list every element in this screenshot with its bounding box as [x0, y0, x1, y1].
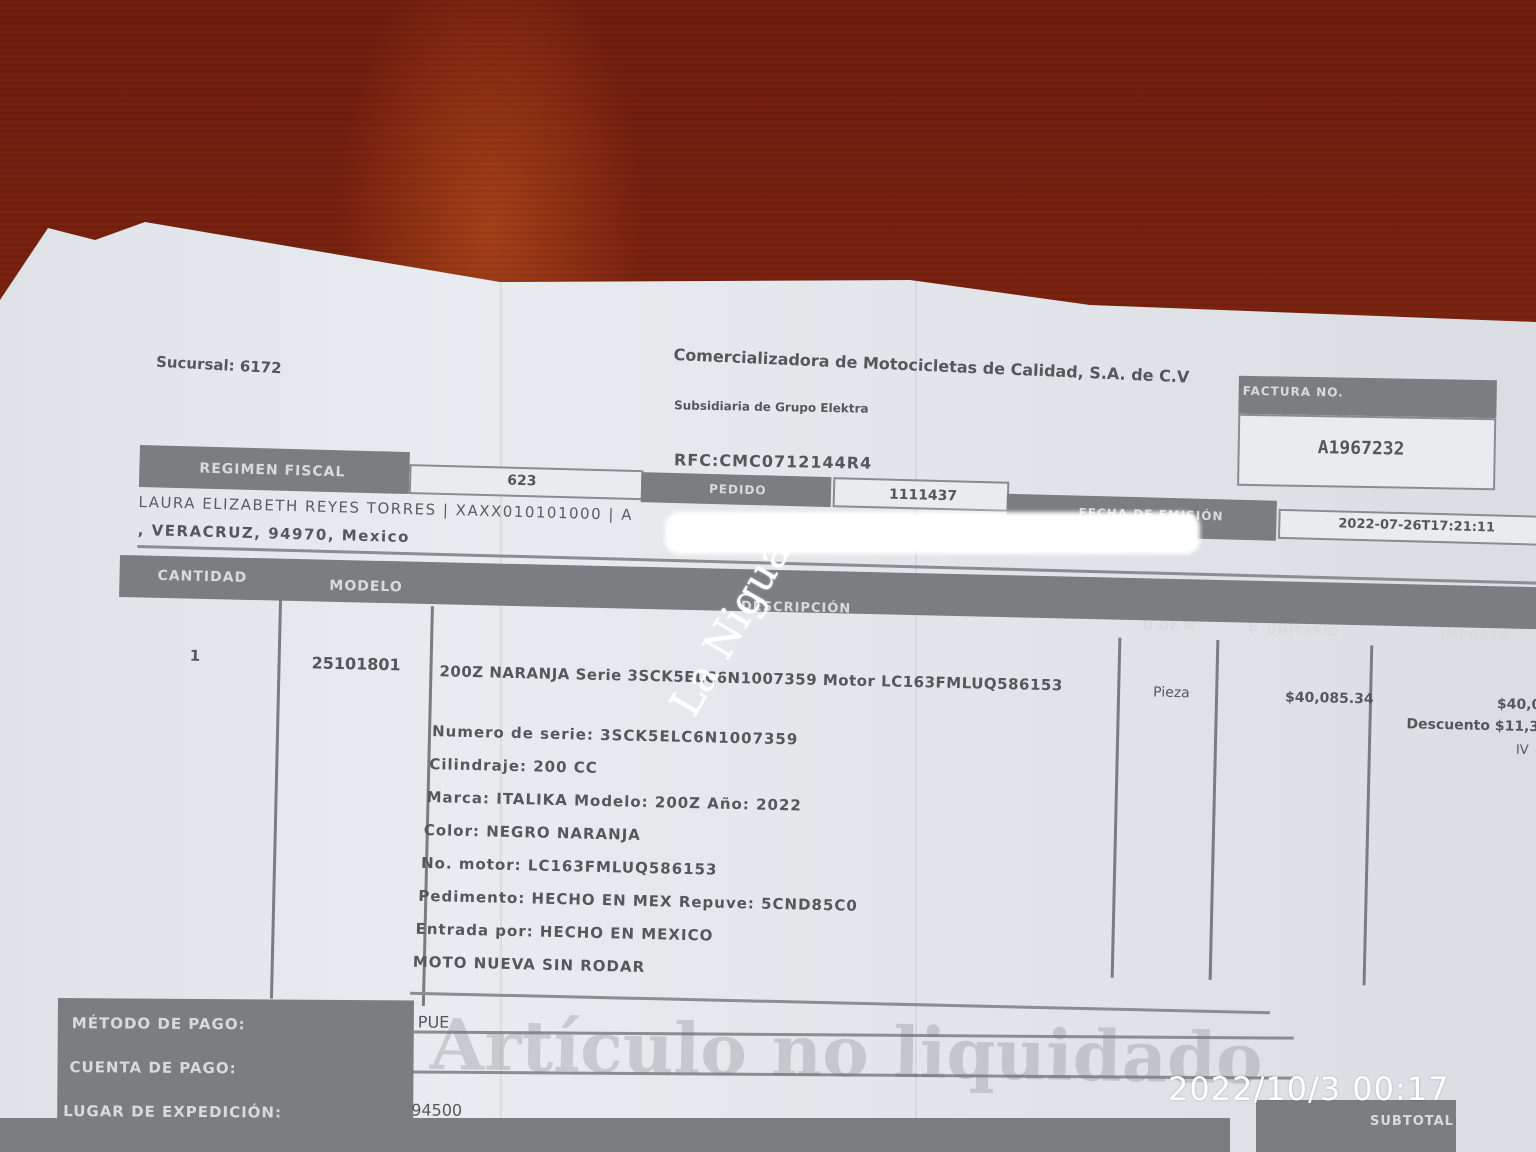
description-detail-line: No. motor: LC163FMLUQ586153: [421, 854, 718, 879]
factura-label: FACTURA NO.: [1243, 384, 1344, 400]
cell-unitario: $40,085.34: [1285, 689, 1374, 707]
cell-udem: Pieza: [1153, 684, 1190, 701]
items-table: CANTIDAD MODELO DESCRIPCIÓN U DE M P. UN…: [110, 555, 1536, 1037]
cell-importe: $40,0: [1497, 696, 1536, 713]
cuenta-label: CUENTA DE PAGO:: [69, 1058, 236, 1077]
description-detail-line: Color: NEGRO NARANJA: [424, 821, 641, 844]
description-detail-line: Marca: ITALIKA Modelo: 200Z Año: 2022: [426, 788, 802, 815]
description-detail-line: MOTO NUEVA SIN RODAR: [413, 953, 646, 976]
totals-bar: [0, 1118, 1230, 1152]
header-cantidad: CANTIDAD: [157, 568, 247, 586]
description-detail-line: Pedimento: HECHO EN MEX Repuve: 5CND85C0: [418, 887, 858, 915]
pedido-value: 1111437: [889, 487, 958, 505]
cell-descuento: Descuento $11,3: [1406, 716, 1536, 735]
description-detail-line: Entrada por: HECHO EN MEXICO: [415, 920, 713, 945]
cell-descripcion: 200Z NARANJA Serie 3SCK5ELC6N1007359 Mot…: [439, 662, 1063, 694]
header-importe: IMPORTE: [1440, 627, 1508, 643]
description-detail-line: Cilindraje: 200 CC: [429, 755, 598, 777]
lugar-value: 94500: [411, 1100, 462, 1119]
header-modelo: MODELO: [329, 578, 403, 596]
metodo-label: MÉTODO DE PAGO:: [72, 1014, 246, 1033]
subsidiary: Subsidiaria de Grupo Elektra: [674, 398, 869, 415]
regimen-value: 623: [507, 473, 537, 490]
redaction-mark: [665, 512, 1200, 554]
customer-line2: , VERACRUZ, 94970, Mexico: [138, 521, 411, 546]
cell-cantidad: 1: [190, 647, 201, 665]
company-name: Comercializadora de Motocicletas de Cali…: [673, 345, 1190, 386]
cell-modelo: 25101801: [311, 653, 400, 674]
subtotal-label: SUBTOTAL: [1370, 1114, 1454, 1129]
header-udem: U DE M: [1143, 618, 1198, 633]
cell-iva: IV: [1516, 743, 1529, 758]
description-detail-line: Numero de serie: 3SCK5ELC6N1007359: [432, 722, 799, 748]
header-unitario: P. UNITARIO: [1248, 623, 1339, 639]
background-stamp: Artículo no liquidado: [429, 1003, 1263, 1101]
factura-number: A1967232: [1318, 437, 1405, 460]
photo-timestamp: 2022/10/3 00:17: [1168, 1070, 1449, 1108]
pedido-label: PEDIDO: [709, 482, 767, 498]
factura-box: FACTURA NO. A1967232: [1237, 376, 1497, 490]
sucursal: Sucursal: 6172: [156, 353, 282, 378]
